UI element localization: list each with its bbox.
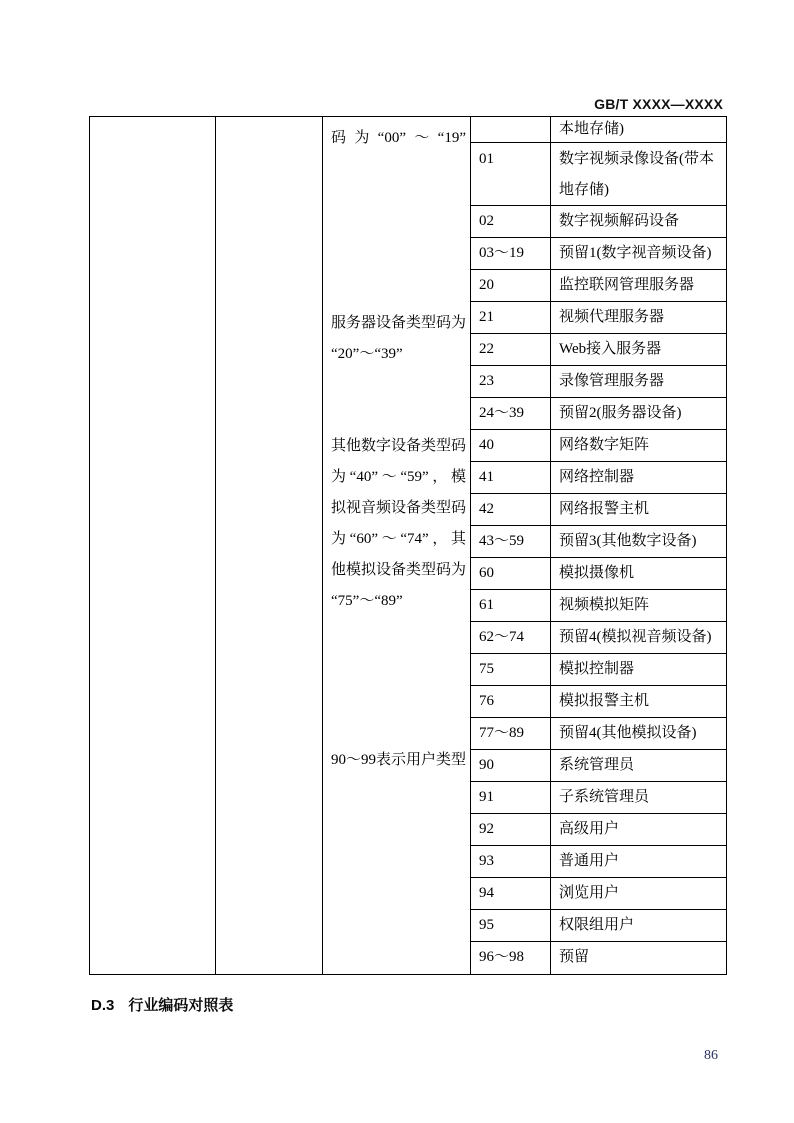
label-cell: 预留1(数字视音频设备)	[551, 238, 726, 269]
label-cell: 预留4(其他模拟设备)	[551, 718, 726, 749]
label-line: 本地存储)	[559, 117, 726, 142]
label-cell: 数字视频录像设备(带本地存储)	[551, 143, 726, 205]
label-line: 录像管理服务器	[559, 366, 726, 397]
section-heading: D.3行业编码对照表	[91, 994, 233, 1015]
label-cell: 监控联网管理服务器	[551, 270, 726, 301]
table-row: 90系统管理员	[471, 750, 726, 782]
label-cell: 高级用户	[551, 814, 726, 845]
note-paragraph: 其他数字设备类型码为“40”～“59”，模拟视音频设备类型码为“60”～“74”…	[323, 431, 470, 617]
table-col-empty-1	[90, 117, 216, 974]
label-line: 视频代理服务器	[559, 302, 726, 333]
table-row: 21视频代理服务器	[471, 302, 726, 334]
label-cell: 视频模拟矩阵	[551, 590, 726, 621]
code-cell: 75	[471, 654, 551, 685]
label-cell: 网络控制器	[551, 462, 726, 493]
page-number: 86	[704, 1048, 718, 1064]
label-cell: 本地存储)	[551, 117, 726, 142]
table-row: 24～39预留2(服务器设备)	[471, 398, 726, 430]
label-line: 网络数字矩阵	[559, 430, 726, 461]
label-line: 网络控制器	[559, 462, 726, 493]
label-line: 预留	[559, 942, 726, 973]
label-cell: 数字视频解码设备	[551, 206, 726, 237]
label-cell: 预留	[551, 942, 726, 974]
table-row: 本地存储)	[471, 117, 726, 143]
label-cell: 网络数字矩阵	[551, 430, 726, 461]
table-row: 76模拟报警主机	[471, 686, 726, 718]
label-line: 子系统管理员	[559, 782, 726, 813]
code-cell: 60	[471, 558, 551, 589]
code-cell: 20	[471, 270, 551, 301]
table-col-notes: 码为“00”～“19”服务器设备类型码为“20”～“39”其他数字设备类型码为“…	[323, 117, 471, 974]
table-row: 23录像管理服务器	[471, 366, 726, 398]
label-line: Web接入服务器	[559, 334, 726, 365]
table-row: 03～19预留1(数字视音频设备)	[471, 238, 726, 270]
table-row: 95权限组用户	[471, 910, 726, 942]
note-line: “75”～“89”	[331, 586, 466, 617]
code-cell	[471, 117, 551, 142]
label-line: 高级用户	[559, 814, 726, 845]
code-cell: 24～39	[471, 398, 551, 429]
label-cell: 预留3(其他数字设备)	[551, 526, 726, 557]
table-col-empty-2	[216, 117, 323, 974]
code-cell: 90	[471, 750, 551, 781]
label-cell: Web接入服务器	[551, 334, 726, 365]
code-cell: 95	[471, 910, 551, 941]
table-row: 61视频模拟矩阵	[471, 590, 726, 622]
note-line: 为“40”～“59”，模	[331, 462, 466, 493]
label-line: 预留4(其他模拟设备)	[559, 718, 726, 749]
note-line: “20”～“39”	[331, 339, 466, 370]
table-row: 77～89预留4(其他模拟设备)	[471, 718, 726, 750]
table-row: 62～74预留4(模拟视音频设备)	[471, 622, 726, 654]
label-line: 系统管理员	[559, 750, 726, 781]
label-line: 权限组用户	[559, 910, 726, 941]
table-row: 60模拟摄像机	[471, 558, 726, 590]
label-cell: 视频代理服务器	[551, 302, 726, 333]
note-line: 为“60”～“74”，其	[331, 524, 466, 555]
label-cell: 子系统管理员	[551, 782, 726, 813]
code-cell: 01	[471, 143, 551, 205]
label-cell: 模拟控制器	[551, 654, 726, 685]
label-cell: 权限组用户	[551, 910, 726, 941]
section-title: 行业编码对照表	[128, 997, 233, 1014]
label-line: 数字视频解码设备	[559, 206, 726, 237]
table-row: 41网络控制器	[471, 462, 726, 494]
table-row: 02数字视频解码设备	[471, 206, 726, 238]
label-cell: 系统管理员	[551, 750, 726, 781]
table-row: 01数字视频录像设备(带本地存储)	[471, 143, 726, 206]
label-line: 网络报警主机	[559, 494, 726, 525]
table-row: 91子系统管理员	[471, 782, 726, 814]
code-cell: 76	[471, 686, 551, 717]
label-line: 预留3(其他数字设备)	[559, 526, 726, 557]
label-cell: 录像管理服务器	[551, 366, 726, 397]
label-line: 预留2(服务器设备)	[559, 398, 726, 429]
label-cell: 普通用户	[551, 846, 726, 877]
code-cell: 61	[471, 590, 551, 621]
table-row: 40网络数字矩阵	[471, 430, 726, 462]
label-cell: 网络报警主机	[551, 494, 726, 525]
code-cell: 94	[471, 878, 551, 909]
note-line: 拟视音频设备类型码	[331, 493, 466, 524]
code-cell: 77～89	[471, 718, 551, 749]
code-cell: 23	[471, 366, 551, 397]
table-row: 96～98预留	[471, 942, 726, 974]
document-page: GB/T XXXX—XXXX 码为“00”～“19”服务器设备类型码为“20”～…	[0, 0, 794, 1123]
code-cell: 40	[471, 430, 551, 461]
note-paragraph: 码为“00”～“19”	[323, 123, 470, 154]
label-cell: 模拟报警主机	[551, 686, 726, 717]
code-cell: 62～74	[471, 622, 551, 653]
note-paragraph: 90～99表示用户类型	[323, 745, 470, 776]
code-cell: 21	[471, 302, 551, 333]
label-line: 监控联网管理服务器	[559, 270, 726, 301]
code-cell: 43～59	[471, 526, 551, 557]
label-line: 模拟报警主机	[559, 686, 726, 717]
code-cell: 93	[471, 846, 551, 877]
code-cell: 41	[471, 462, 551, 493]
label-line: 地存储)	[559, 175, 726, 206]
table-row: 94浏览用户	[471, 878, 726, 910]
label-cell: 模拟摄像机	[551, 558, 726, 589]
note-paragraph: 服务器设备类型码为“20”～“39”	[323, 308, 470, 370]
label-line: 预留4(模拟视音频设备)	[559, 622, 726, 653]
note-line: 服务器设备类型码为	[331, 308, 466, 339]
label-line: 模拟摄像机	[559, 558, 726, 589]
label-cell: 浏览用户	[551, 878, 726, 909]
code-cell: 96～98	[471, 942, 551, 974]
table-row: 22Web接入服务器	[471, 334, 726, 366]
label-line: 浏览用户	[559, 878, 726, 909]
label-line: 数字视频录像设备(带本	[559, 144, 726, 175]
code-cell: 03～19	[471, 238, 551, 269]
code-cell: 02	[471, 206, 551, 237]
code-cell: 92	[471, 814, 551, 845]
section-number: D.3	[91, 997, 114, 1014]
code-cell: 91	[471, 782, 551, 813]
note-line: 码为“00”～“19”	[331, 123, 466, 154]
table-row: 92高级用户	[471, 814, 726, 846]
note-line: 其他数字设备类型码	[331, 431, 466, 462]
table-row: 75模拟控制器	[471, 654, 726, 686]
table-rows-area: 本地存储)01数字视频录像设备(带本地存储)02数字视频解码设备03～19预留1…	[471, 117, 726, 974]
label-line: 视频模拟矩阵	[559, 590, 726, 621]
note-line: 他模拟设备类型码为	[331, 555, 466, 586]
label-cell: 预留4(模拟视音频设备)	[551, 622, 726, 653]
table-row: 93普通用户	[471, 846, 726, 878]
note-line: 90～99表示用户类型	[331, 745, 466, 776]
code-cell: 22	[471, 334, 551, 365]
label-cell: 预留2(服务器设备)	[551, 398, 726, 429]
table-row: 20监控联网管理服务器	[471, 270, 726, 302]
table-row: 43～59预留3(其他数字设备)	[471, 526, 726, 558]
label-line: 普通用户	[559, 846, 726, 877]
label-line: 模拟控制器	[559, 654, 726, 685]
table-row: 42网络报警主机	[471, 494, 726, 526]
code-cell: 42	[471, 494, 551, 525]
label-line: 预留1(数字视音频设备)	[559, 238, 726, 269]
doc-code-header: GB/T XXXX—XXXX	[594, 96, 723, 112]
device-type-table: 码为“00”～“19”服务器设备类型码为“20”～“39”其他数字设备类型码为“…	[89, 116, 727, 975]
